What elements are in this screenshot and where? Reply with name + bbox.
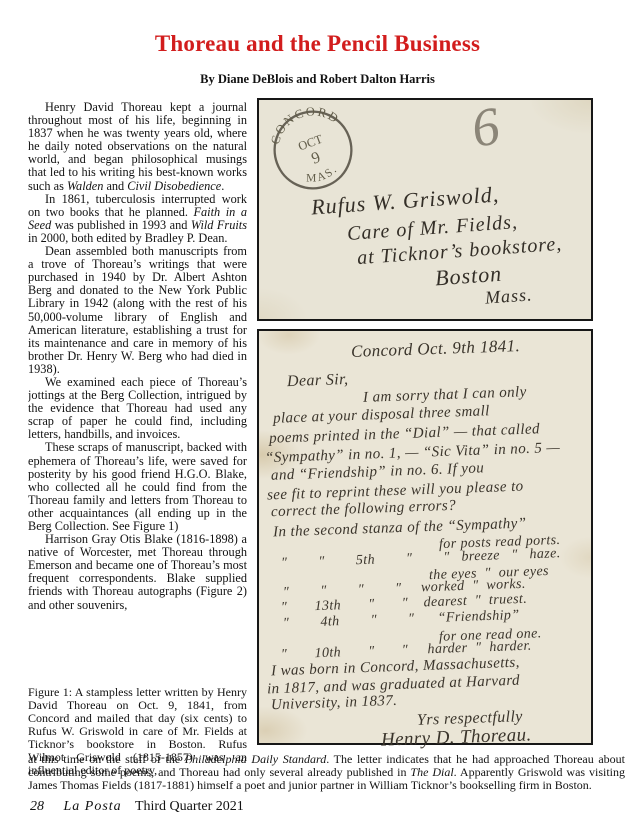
- manuscript-rate-marking: 6: [468, 98, 504, 156]
- postmark-day: 9: [309, 147, 323, 168]
- letter-salutation: Dear Sir,: [287, 371, 349, 391]
- body-paragraph: Henry David Thoreau kept a journal throu…: [28, 101, 247, 193]
- page-footer: 28 La Posta Third Quarter 2021: [30, 799, 244, 815]
- figure1-envelope-image: CONCORD OCT 9 MAS. 6 Rufus W. Griswold, …: [257, 98, 593, 321]
- svg-text:MAS.: MAS.: [302, 161, 342, 188]
- letter-line: University, in 1837.: [271, 693, 398, 714]
- figure1-caption-part2: at this time on the staff of the Philade…: [28, 753, 625, 792]
- figure1-letter-image: Concord Oct. 9th 1841. Dear Sir, I am so…: [257, 329, 593, 745]
- body-paragraph: Harrison Gray Otis Blake (1816-1898) a n…: [28, 533, 247, 612]
- letter-line: I am sorry that I can only: [363, 384, 527, 407]
- body-paragraph: In 1861, tuberculosis interrupted work o…: [28, 193, 247, 245]
- magazine-page: Thoreau and the Pencil Business By Diane…: [0, 0, 635, 827]
- address-line: Mass.: [484, 284, 533, 308]
- body-paragraph: These scraps of manuscript, backed with …: [28, 441, 247, 533]
- body-paragraph: Dean assembled both manuscripts from a t…: [28, 245, 247, 376]
- issue-label: Third Quarter 2021: [135, 799, 244, 814]
- letter-dateline: Concord Oct. 9th 1841.: [351, 336, 521, 362]
- body-paragraph: We examined each piece of Thoreau’s jott…: [28, 376, 247, 441]
- page-title: Thoreau and the Pencil Business: [0, 31, 635, 57]
- journal-name: La Posta: [64, 799, 122, 814]
- byline: By Diane DeBlois and Robert Dalton Harri…: [0, 72, 635, 87]
- page-number: 28: [30, 799, 44, 814]
- letter-signature: Henry D. Thoreau.: [381, 724, 532, 751]
- postmark-state: MAS.: [302, 161, 342, 188]
- article-column: Henry David Thoreau kept a journal throu…: [28, 101, 247, 683]
